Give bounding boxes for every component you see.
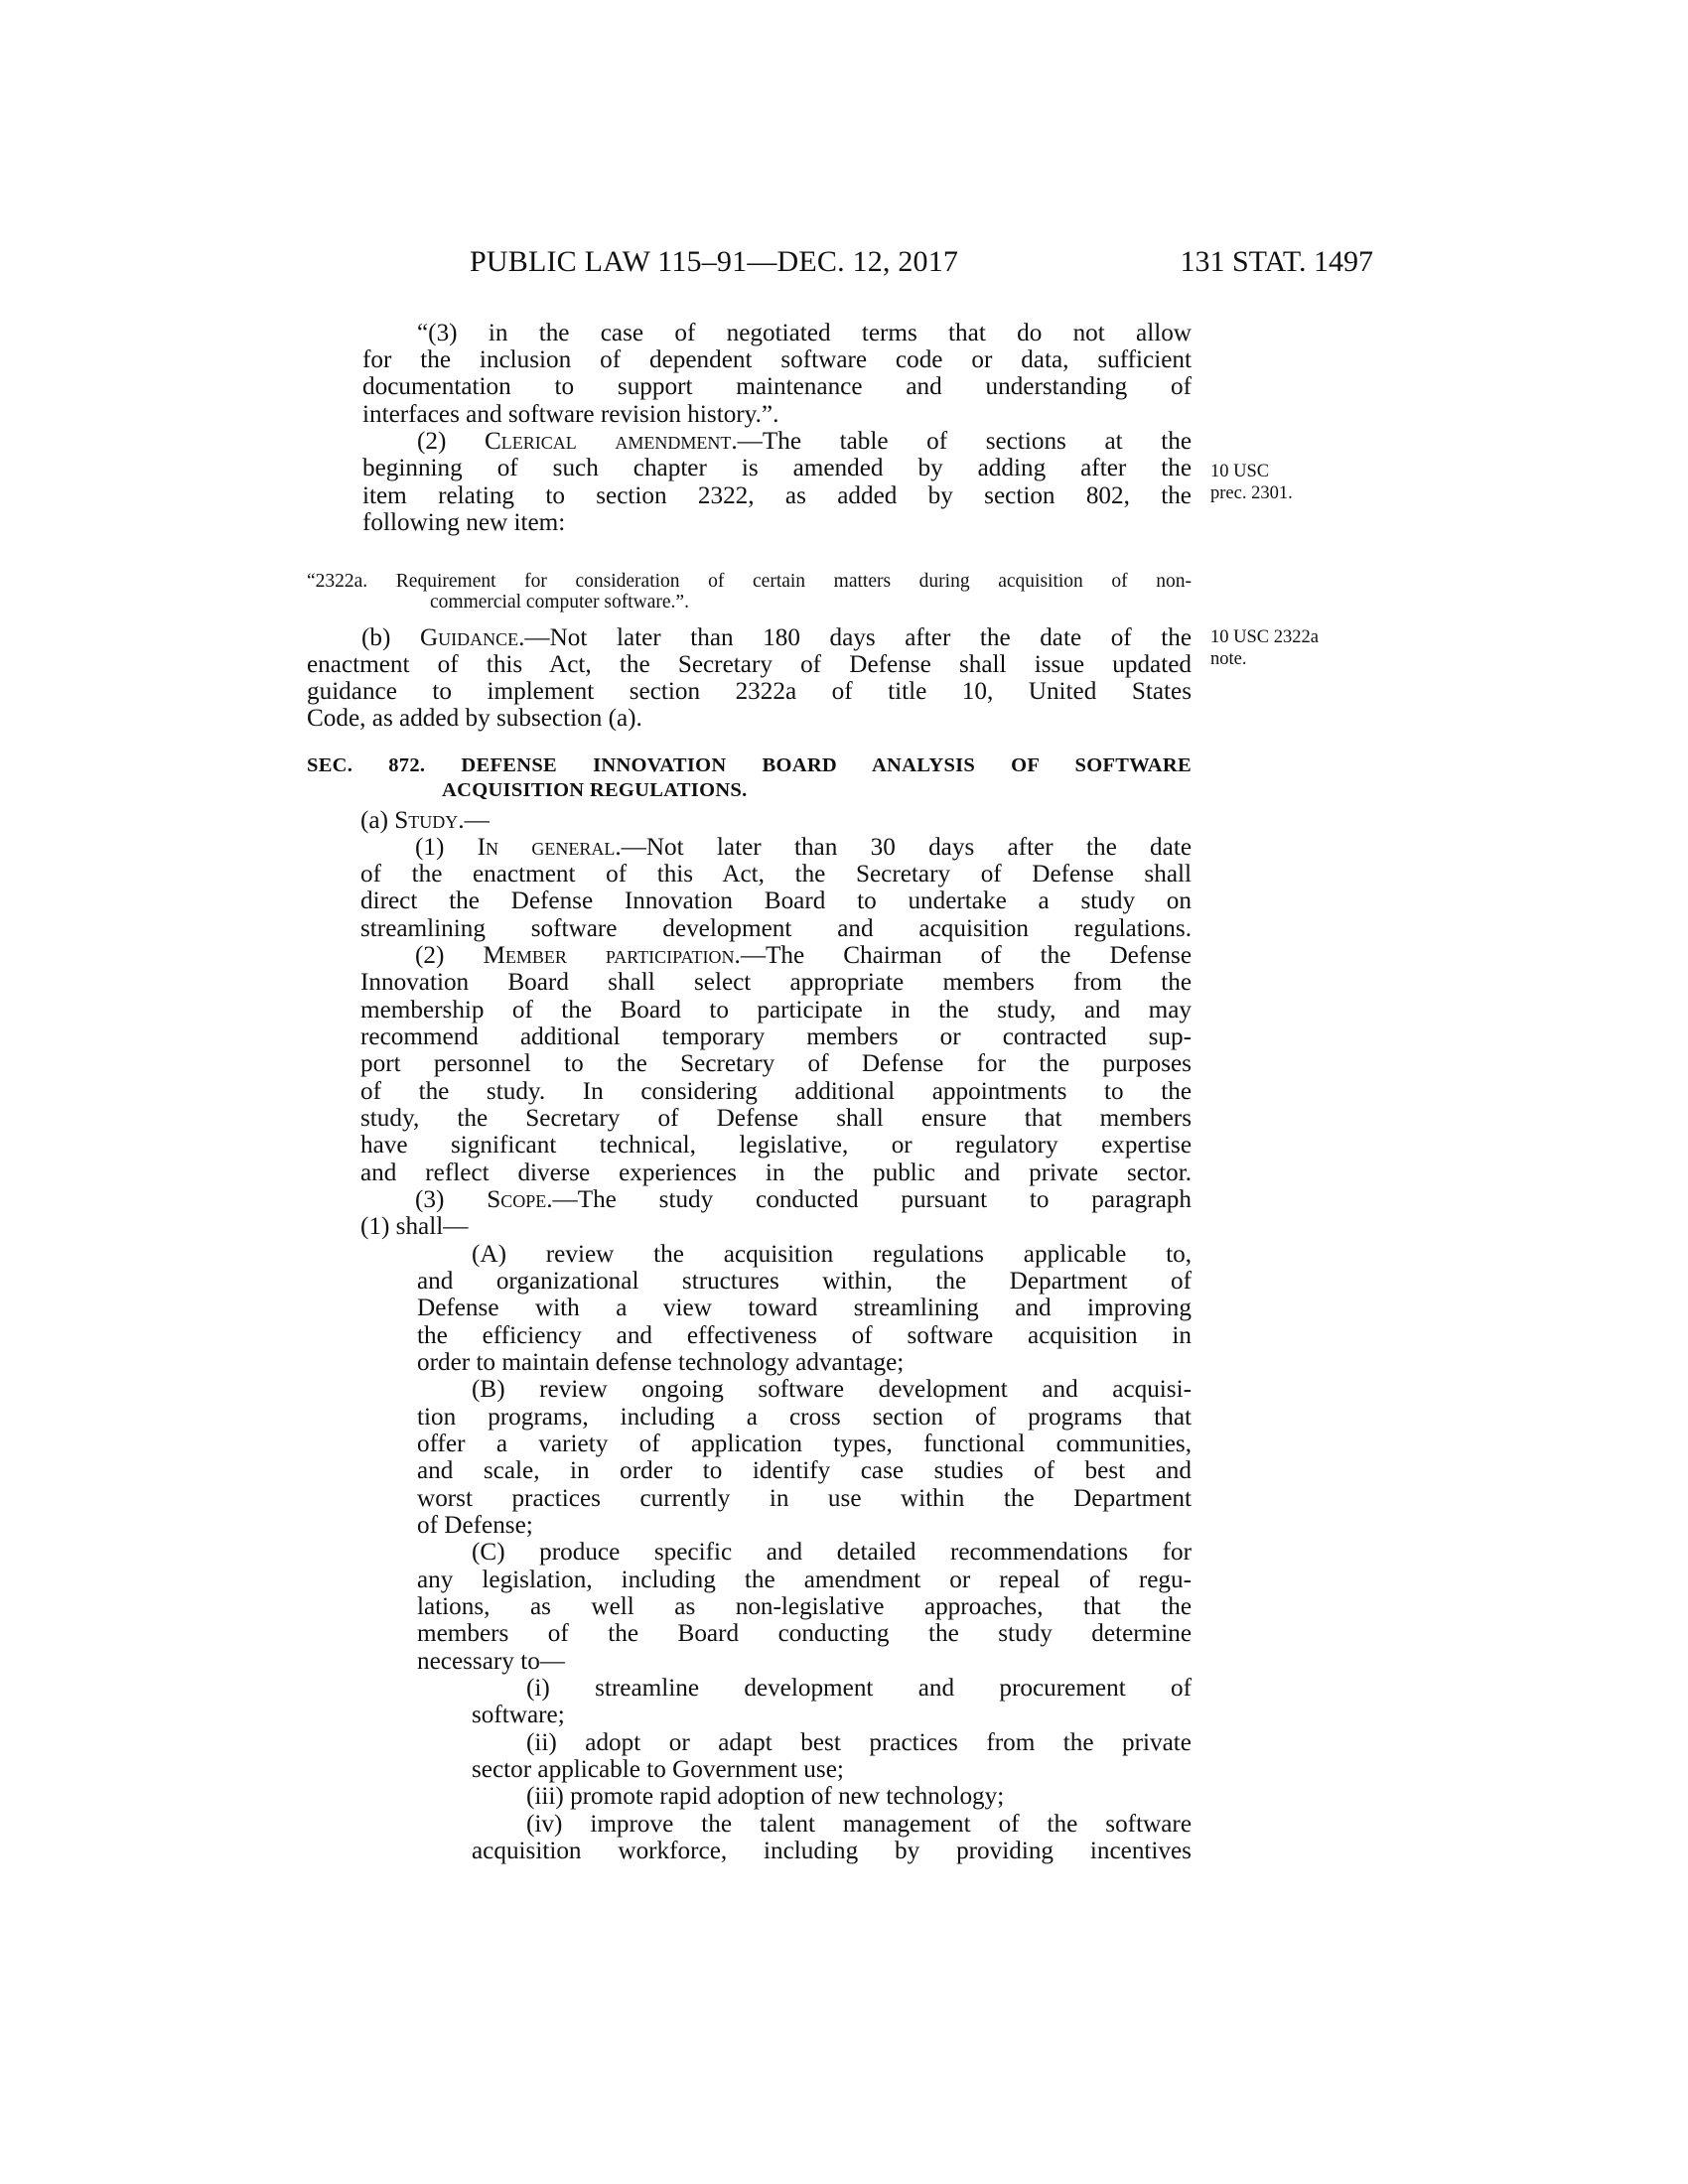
scope-item-b-line-3: offer a variety of application types, fu… [417, 1431, 1192, 1458]
in-general-line-4: streamlining software development and ac… [360, 915, 1192, 943]
member-participation-line-3: membership of the Board to participate i… [360, 997, 1192, 1024]
clerical-amendment-line-1: (2) Clerical amendment.—The table of sec… [417, 428, 1192, 456]
clerical-amendment-line-4: following new item: [362, 509, 1192, 537]
scope-item-c-line-2: any legislation, including the amendment… [417, 1567, 1192, 1594]
scope-item-a-line-5: order to maintain defense technology adv… [417, 1349, 1192, 1377]
scope-item-c-line-1: (C) produce specific and detailed recomm… [472, 1539, 1192, 1567]
running-head: PUBLIC LAW 115–91—DEC. 12, 2017 131 STAT… [470, 244, 1373, 280]
section-heading-line-2: ACQUISITION REGULATIONS. [442, 778, 1192, 803]
scope-item-b-line-5: worst practices currently in use within … [417, 1485, 1192, 1513]
scope-item-b-line-6: of Defense; [417, 1512, 1192, 1540]
clerical-amendment-line-2: beginning of such chapter is amended by … [362, 455, 1192, 482]
scope-item-c-line-3: lations, as well as non-legislative appr… [417, 1593, 1192, 1621]
scope-item-b-line-2: tion programs, including a cross section… [417, 1404, 1192, 1432]
in-general-line-1: (1) In general.—Not later than 30 days a… [415, 834, 1192, 862]
member-participation-line-8: have significant technical, legislative,… [360, 1132, 1192, 1160]
subitem-ii-line-1: (ii) adopt or adapt best practices from … [526, 1729, 1192, 1757]
scope-line-2: (1) shall— [360, 1213, 1192, 1241]
guidance-heading: Guidance. [420, 624, 524, 651]
scope-item-a-line-4: the efficiency and effectiveness of soft… [417, 1322, 1192, 1350]
clerical-amendment-line-3: item relating to section 2322, as added … [362, 482, 1192, 510]
scope-item-a-line-1: (A) review the acquisition regulations a… [472, 1241, 1192, 1269]
subitem-iv-line-1: (iv) improve the talent management of th… [526, 1811, 1192, 1839]
margin-note-2322a: 10 USC 2322a note. [1210, 626, 1319, 670]
scope-item-a-line-3: Defense with a view toward streamlining … [417, 1295, 1192, 1322]
para-3-line-3: documentation to support maintenance and… [362, 373, 1192, 401]
subitem-iv-line-2: acquisition workforce, including by prov… [472, 1838, 1192, 1865]
guidance-line-1: (b) Guidance.—Not later than 180 days af… [361, 624, 1192, 652]
scope-item-a-line-2: and organizational structures within, th… [417, 1268, 1192, 1296]
page-number: 131 STAT. 1497 [1180, 244, 1373, 280]
para-3-line-4: interfaces and software revision history… [362, 401, 1192, 429]
member-participation-line-4: recommend additional temporary members o… [360, 1024, 1192, 1051]
guidance-line-4: Code, as added by subsection (a). [307, 705, 1192, 733]
scope-heading: Scope. [487, 1186, 552, 1213]
para-3-line-1: “(3) in the case of negotiated terms tha… [417, 320, 1192, 347]
subitem-i-line-1: (i) streamline development and procureme… [526, 1675, 1192, 1703]
in-general-line-3: direct the Defense Innovation Board to u… [360, 887, 1192, 915]
toc-item-line-2: commercial computer software.”. [430, 592, 1192, 613]
member-participation-line-1: (2) Member participation.—The Chairman o… [415, 942, 1192, 970]
margin-note-prec-2301: 10 USC prec. 2301. [1210, 461, 1293, 504]
member-participation-line-6: of the study. In considering additional … [360, 1078, 1192, 1106]
scope-item-c-line-5: necessary to— [417, 1648, 1192, 1676]
in-general-heading: In general. [478, 834, 622, 861]
scope-item-c-line-4: members of the Board conducting the stud… [417, 1620, 1192, 1648]
study-heading: (a) Study.— [360, 807, 1192, 835]
subitem-ii-line-2: sector applicable to Government use; [472, 1756, 1192, 1784]
scope-line-1: (3) Scope.—The study conducted pursuant … [415, 1186, 1192, 1214]
in-general-line-2: of the enactment of this Act, the Secret… [360, 861, 1192, 888]
document-page: PUBLIC LAW 115–91—DEC. 12, 2017 131 STAT… [0, 0, 1688, 2184]
member-participation-line-2: Innovation Board shall select appropriat… [360, 969, 1192, 997]
guidance-line-3: guidance to implement section 2322a of t… [307, 678, 1192, 706]
member-participation-heading: Member participation. [483, 942, 740, 969]
member-participation-line-7: study, the Secretary of Defense shall en… [360, 1105, 1192, 1133]
toc-item-line-1: “2322a. Requirement for consideration of… [307, 571, 1192, 592]
scope-item-b-line-4: and scale, in order to identify case stu… [417, 1457, 1192, 1485]
member-participation-line-5: port personnel to the Secretary of Defen… [360, 1050, 1192, 1078]
section-heading-line-1: SEC. 872. DEFENSE INNOVATION BOARD ANALY… [307, 753, 1192, 778]
guidance-line-2: enactment of this Act, the Secretary of … [307, 651, 1192, 679]
clerical-amendment-heading: Clerical amendment. [485, 428, 738, 455]
member-participation-line-9: and reflect diverse experiences in the p… [360, 1160, 1192, 1187]
para-3-line-2: for the inclusion of dependent software … [362, 346, 1192, 374]
subitem-iii-line-1: (iii) promote rapid adoption of new tech… [526, 1783, 1192, 1811]
scope-item-b-line-1: (B) review ongoing software development … [472, 1376, 1192, 1404]
subitem-i-line-2: software; [472, 1702, 1192, 1729]
running-head-title: PUBLIC LAW 115–91—DEC. 12, 2017 [470, 244, 958, 280]
